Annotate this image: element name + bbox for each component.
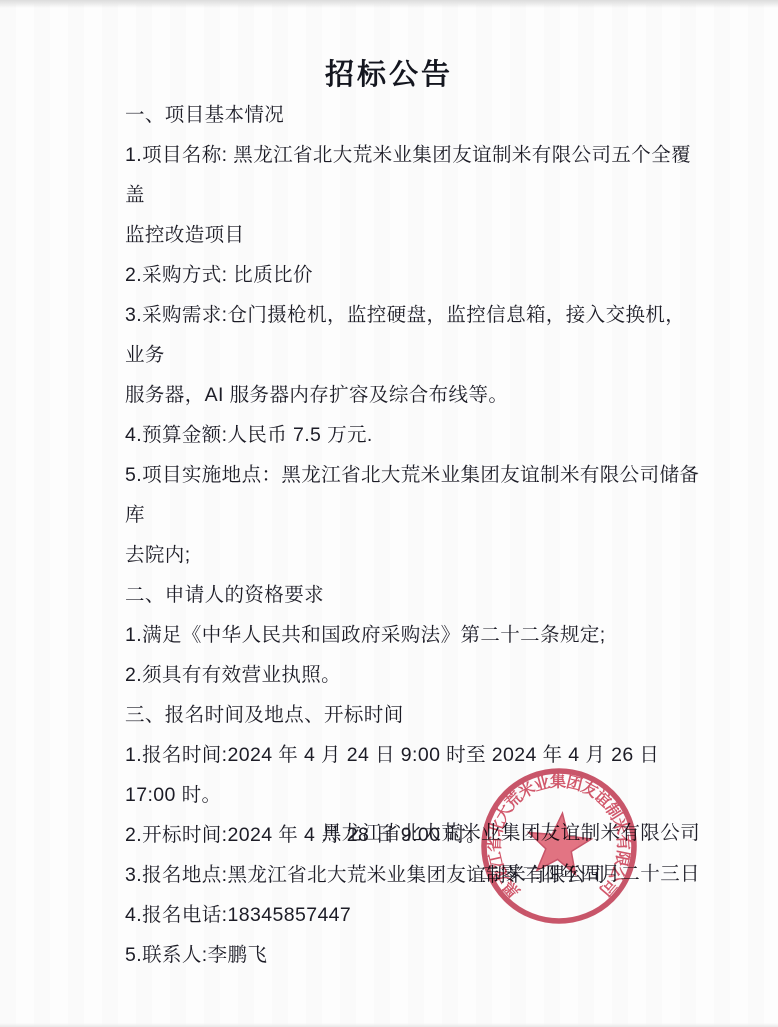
list-item: 3.采购需求:仓门摄枪机，监控硬盘，监控信息箱，接入交换机，业务 服务器，AI …	[125, 295, 705, 415]
list-item: 1.满足《中华人民共和国政府采购法》第二十二条规定;	[125, 615, 705, 655]
list-item: 2.须具有有效营业执照。	[125, 655, 705, 695]
signature-company: 黑龙江省北大荒米业集团友谊制米有限公司	[322, 813, 700, 854]
section-heading: 二、申请人的资格要求	[125, 575, 705, 615]
document-page: 招标公告 一、项目基本情况1.项目名称: 黑龙江省北大荒米业集团友谊制米有限公司…	[0, 0, 778, 1027]
document-title: 招标公告	[0, 52, 778, 93]
list-item: 4.报名电话:18345857447	[125, 895, 705, 935]
list-item: 2.采购方式: 比质比价	[125, 255, 705, 295]
list-item: 4.预算金额:人民币 7.5 万元.	[125, 415, 705, 455]
list-item: 1.项目名称: 黑龙江省北大荒米业集团友谊制米有限公司五个全覆盖 监控改造项目	[125, 135, 705, 255]
list-item: 5.联系人:李鹏飞	[125, 935, 705, 975]
list-item: 5.项目实施地点：黑龙江省北大荒米业集团友谊制米有限公司储备库 去院内;	[125, 455, 705, 575]
signature-date: 二零二四年四月二十三日	[322, 854, 700, 895]
signature-block: 黑龙江省北大荒米业集团友谊制米有限公司 二零二四年四月二十三日	[322, 813, 700, 895]
section-heading: 三、报名时间及地点、开标时间	[125, 695, 705, 735]
list-item: 1.报名时间:2024 年 4 月 24 日 9:00 时至 2024 年 4 …	[125, 735, 705, 815]
section-heading: 一、项目基本情况	[125, 95, 705, 135]
